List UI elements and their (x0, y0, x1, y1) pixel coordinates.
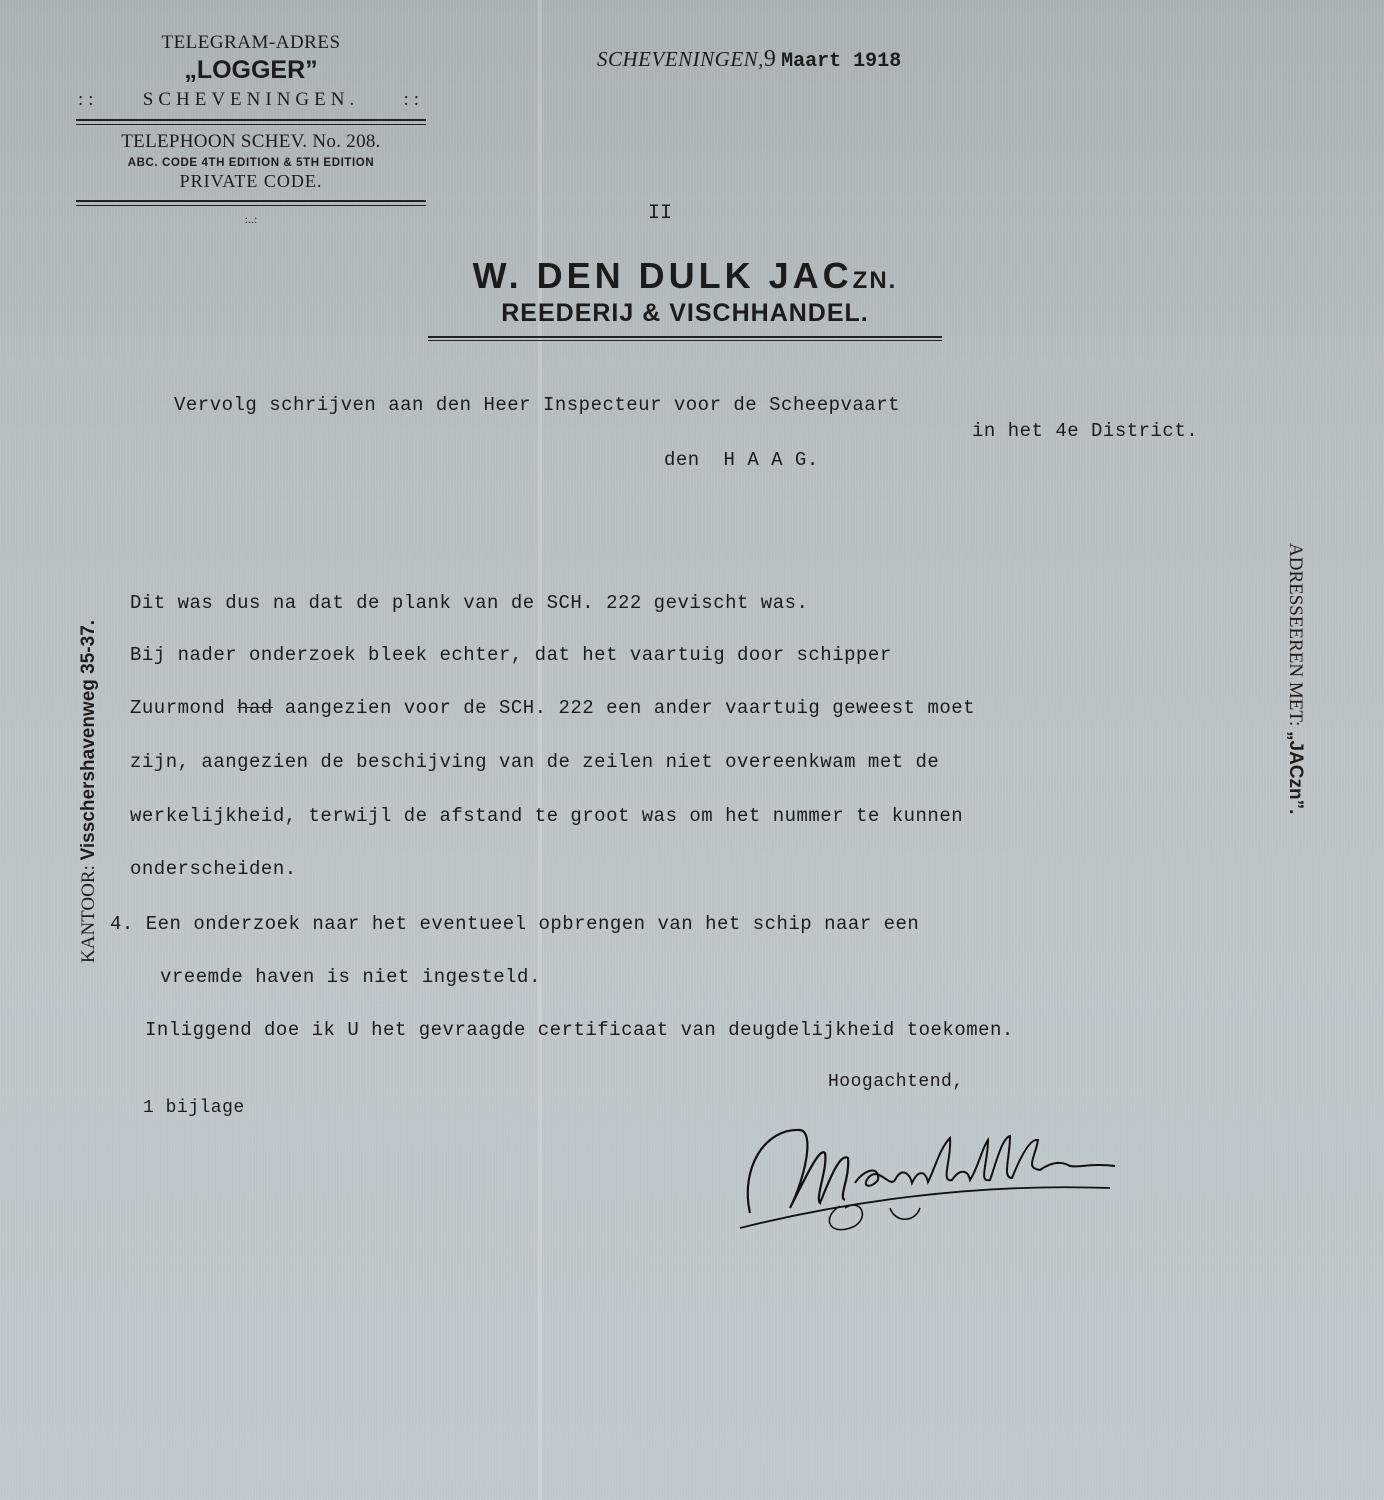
body-line: Dit was dus na dat de plank van de SCH. … (130, 592, 808, 614)
telephone-number: TELEPHOON SCHEV. No. 208. (76, 131, 426, 153)
body-line: Inliggend doe ik U het gevraagde certifi… (145, 1019, 1014, 1041)
body-line: Zuurmond had aangezien voor de SCH. 222 … (130, 697, 975, 719)
telegram-name: „LOGGER” (76, 56, 426, 85)
addressee-line-3: den H A A G. (664, 449, 819, 471)
ornament-icon: :..: (76, 212, 426, 227)
closing-salutation: Hoogachtend, (828, 1072, 964, 1092)
body-line: werkelijkheid, terwijl de afstand te gro… (130, 805, 963, 827)
telegram-city-row: :: SCHEVENINGEN. :: (76, 89, 426, 111)
telegram-label: TELEGRAM-ADRES (76, 32, 426, 54)
company-name: W. DEN DULK JACZN. (420, 255, 950, 297)
addressee-line-1: Vervolg schrijven aan den Heer Inspecteu… (174, 394, 900, 416)
company-subtitle: REEDERIJ & VISCHHANDEL. (420, 299, 950, 328)
dateline: SCHEVENINGEN,9 Maart 1918 (597, 46, 901, 73)
divider (76, 200, 426, 206)
address-with-label: ADRESSEEREN MET: (1285, 543, 1306, 731)
body-text: aangezien voor de SCH. 222 een ander vaa… (273, 697, 975, 719)
body-line: onderscheiden. (130, 858, 297, 880)
abc-code: ABC. CODE 4TH EDITION & 5TH EDITION (76, 157, 426, 169)
ornament-left: :: (78, 89, 99, 111)
dateline-city: SCHEVENINGEN, (597, 47, 764, 71)
telegram-block: TELEGRAM-ADRES „LOGGER” :: SCHEVENINGEN.… (76, 32, 426, 227)
private-code: PRIVATE CODE. (76, 171, 426, 192)
body-line: vreemde haven is niet ingesteld. (160, 966, 541, 988)
body-line: 4. Een onderzoek naar het eventueel opbr… (110, 913, 919, 935)
addressee-line-2: in het 4e District. (972, 420, 1198, 442)
ornament-right: :: (403, 89, 424, 111)
page-number: II (648, 202, 672, 225)
office-label: KANTOOR: (78, 860, 99, 963)
body-line: Bij nader onderzoek bleek echter, dat he… (130, 644, 892, 666)
office-address-margin: KANTOOR: Visschershavenweg 35-37. (78, 620, 100, 963)
enclosure-note: 1 bijlage (143, 1098, 245, 1118)
telegram-city: SCHEVENINGEN. (143, 89, 359, 111)
company-header: W. DEN DULK JACZN. REEDERIJ & VISCHHANDE… (420, 255, 950, 341)
signature-icon (720, 1108, 1140, 1238)
struck-word: had (237, 697, 273, 719)
dateline-month-year: Maart 1918 (781, 50, 901, 73)
office-address: Visschershavenweg 35-37. (78, 620, 99, 860)
address-with-margin: ADRESSEEREN MET: „JACzn”. (1284, 543, 1306, 814)
body-text: Zuurmond (130, 697, 237, 719)
divider (428, 336, 942, 341)
company-name-main: W. DEN DULK JAC (473, 255, 853, 296)
company-name-suffix: ZN. (853, 267, 898, 294)
address-with-value: „JACzn”. (1285, 731, 1306, 814)
divider (76, 119, 426, 125)
dateline-day: 9 (764, 46, 776, 72)
body-line: zijn, aangezien de beschijving van de ze… (130, 751, 939, 773)
